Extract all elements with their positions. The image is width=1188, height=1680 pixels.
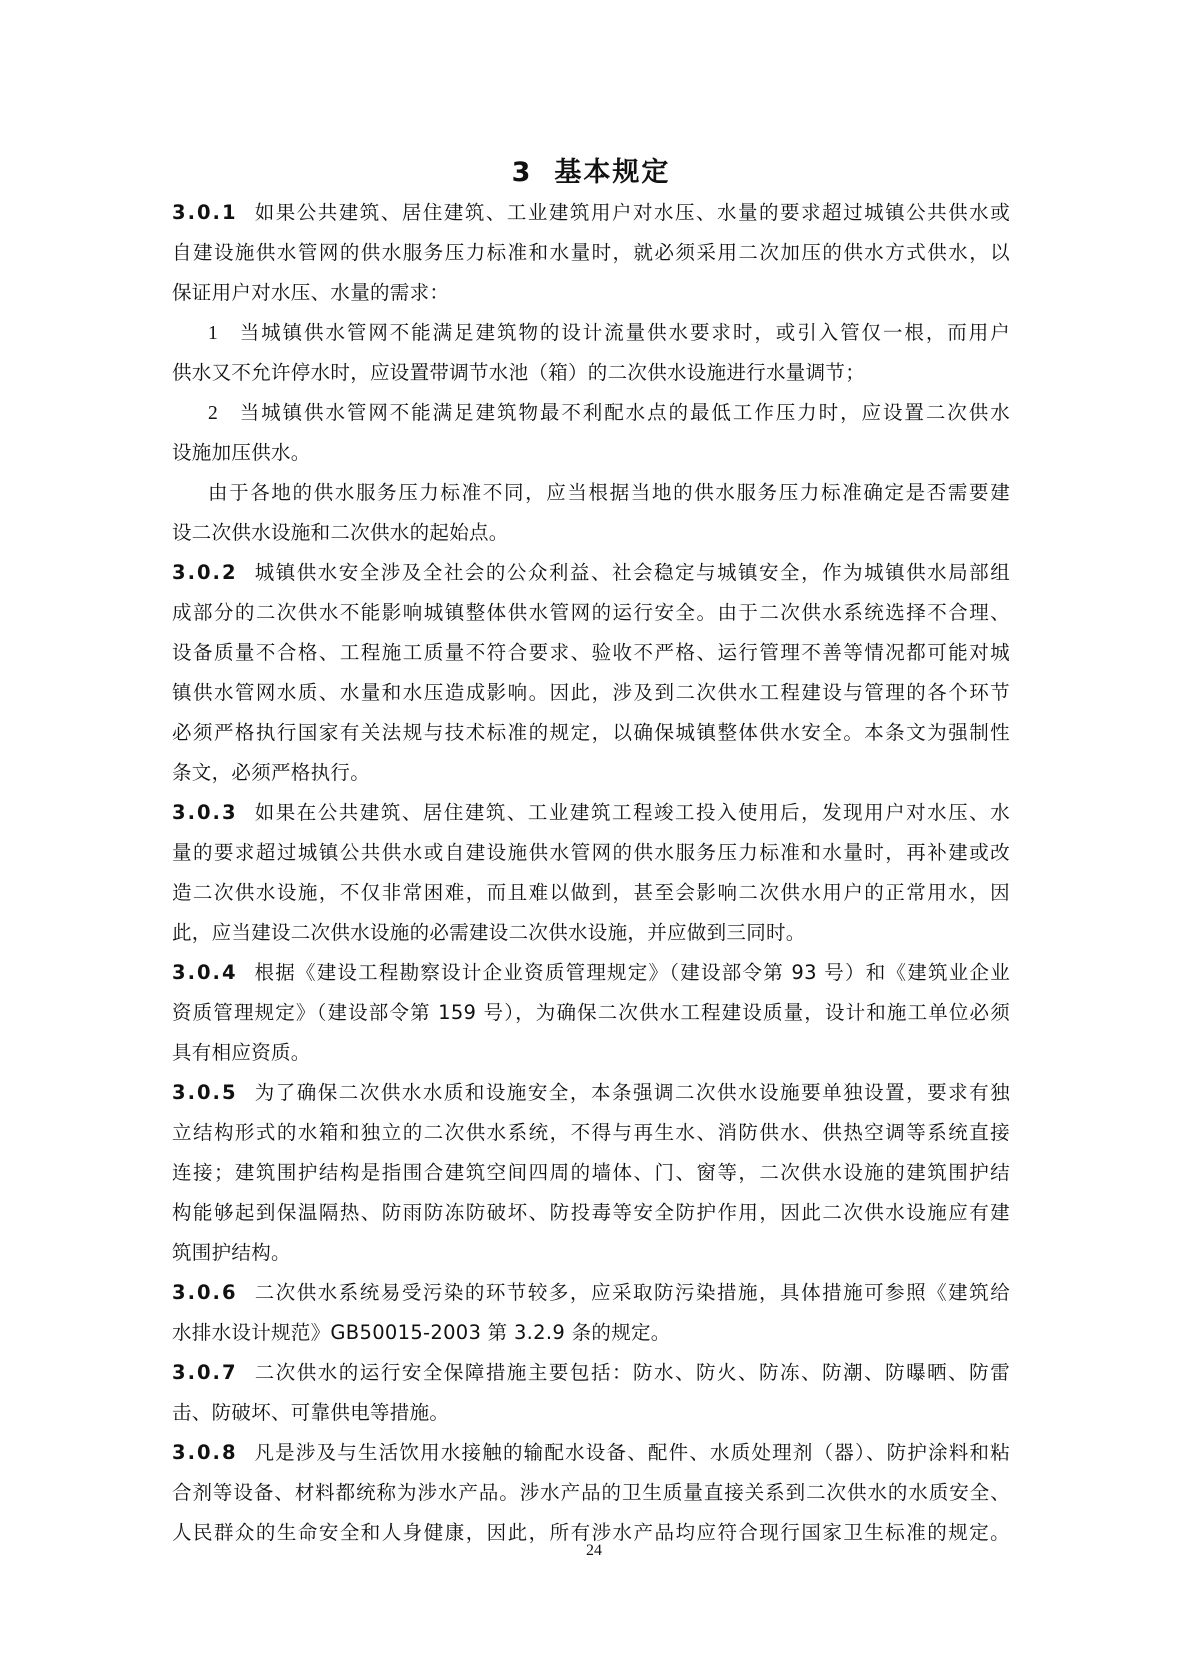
clause-number: 3.0.7 (172, 1361, 238, 1384)
line-text: 供水又不允许停水时，应设置带调节水池（箱）的二次供水设施进行水量调节； (172, 361, 865, 384)
text-line: 保证用户对水压、水量的需求： (172, 273, 1010, 313)
text-line: 自建设施供水管网的供水服务压力标准和水量时，就必须采用二次加压的供水方式供水，以 (172, 233, 1010, 273)
line-text: 如果公共建筑、居住建筑、工业建筑用户对水压、水量的要求超过城镇公共供水或 (254, 201, 1010, 224)
clause-number: 3.0.2 (172, 561, 238, 584)
line-text: 由于各地的供水服务压力标准不同，应当根据当地的供水服务压力标准确定是否需要建 (208, 481, 1010, 504)
text-line: 资质管理规定》（建设部令第 159 号），为确保二次供水工程建设质量，设计和施工… (172, 993, 1010, 1033)
clause-number: 3.0.5 (172, 1081, 238, 1104)
text-line: 筑围护结构。 (172, 1233, 1010, 1273)
chapter-number: 3 (512, 157, 533, 188)
line-text: 筑围护结构。 (172, 1241, 291, 1264)
text-line: 立结构形式的水箱和独立的二次供水系统，不得与再生水、消防供水、供热空调等系统直接 (172, 1113, 1010, 1153)
text-line: 具有相应资质。 (172, 1033, 1010, 1073)
page-number: 24 (0, 1542, 1188, 1560)
text-line: 条文，必须严格执行。 (172, 753, 1010, 793)
text-line: 供水又不允许停水时，应设置带调节水池（箱）的二次供水设施进行水量调节； (172, 353, 1010, 393)
list-item-line: 2当城镇供水管网不能满足建筑物最不利配水点的最低工作压力时，应设置二次供水 (172, 393, 1010, 433)
line-text: 根据《建设工程勘察设计企业资质管理规定》（建设部令第 93 号）和《建筑业企业 (254, 961, 1010, 984)
line-text: 条文，必须严格执行。 (172, 761, 370, 784)
clause-number: 3.0.3 (172, 801, 238, 824)
line-text: 构能够起到保温隔热、防雨防冻防破坏、防投毒等安全防护作用，因此二次供水设施应有建 (172, 1201, 1010, 1224)
text-line: 量的要求超过城镇公共供水或自建设施供水管网的供水服务压力标准和水量时，再补建或改 (172, 833, 1010, 873)
clause-line: 3.0.8凡是涉及与生活饮用水接触的输配水设备、配件、水质处理剂（器）、防护涂料… (172, 1433, 1010, 1473)
clause-line: 3.0.4根据《建设工程勘察设计企业资质管理规定》（建设部令第 93 号）和《建… (172, 953, 1010, 993)
clause-line: 3.0.6二次供水系统易受污染的环节较多，应采取防污染措施，具体措施可参照《建筑… (172, 1273, 1010, 1313)
line-text: 二次供水系统易受污染的环节较多，应采取防污染措施，具体措施可参照《建筑给 (254, 1281, 1010, 1304)
line-text: 设二次供水设施和二次供水的起始点。 (172, 521, 509, 544)
chapter-title-text: 基本规定 (554, 157, 670, 188)
chapter-title: 3基本规定 (172, 150, 1010, 189)
line-text: 量的要求超过城镇公共供水或自建设施供水管网的供水服务压力标准和水量时，再补建或改 (172, 841, 1010, 864)
line-text: 连接；建筑围护结构是指围合建筑空间四周的墙体、门、窗等，二次供水设施的建筑围护结 (172, 1161, 1010, 1184)
line-text: 此，应当建设二次供水设施的必需建设二次供水设施，并应做到三同时。 (172, 921, 806, 944)
list-item-number: 1 (208, 323, 218, 344)
line-text: 自建设施供水管网的供水服务压力标准和水量时，就必须采用二次加压的供水方式供水，以 (172, 241, 1010, 264)
text-line: 设备质量不合格、工程施工质量不符合要求、验收不严格、运行管理不善等情况都可能对城 (172, 633, 1010, 673)
text-line: 设施加压供水。 (172, 433, 1010, 473)
clause-line: 3.0.7二次供水的运行安全保障措施主要包括：防水、防火、防冻、防潮、防曝晒、防… (172, 1353, 1010, 1393)
line-text: 具有相应资质。 (172, 1041, 311, 1064)
text-line: 水排水设计规范》GB50015-2003 第 3.2.9 条的规定。 (172, 1313, 1010, 1353)
line-text: 如果在公共建筑、居住建筑、工业建筑工程竣工投入使用后，发现用户对水压、水 (254, 801, 1010, 824)
document-body: 3.0.1如果公共建筑、居住建筑、工业建筑用户对水压、水量的要求超过城镇公共供水… (172, 193, 1010, 1553)
text-line: 镇供水管网水质、水量和水压造成影响。因此，涉及到二次供水工程建设与管理的各个环节 (172, 673, 1010, 713)
text-line: 必须严格执行国家有关法规与技术标准的规定，以确保城镇整体供水安全。本条文为强制性 (172, 713, 1010, 753)
line-text: 设备质量不合格、工程施工质量不符合要求、验收不严格、运行管理不善等情况都可能对城 (172, 641, 1010, 664)
text-line: 由于各地的供水服务压力标准不同，应当根据当地的供水服务压力标准确定是否需要建 (172, 473, 1010, 513)
line-text: 资质管理规定》（建设部令第 159 号），为确保二次供水工程建设质量，设计和施工… (172, 1001, 1010, 1024)
line-text: 保证用户对水压、水量的需求： (172, 281, 449, 304)
clause-number: 3.0.6 (172, 1281, 238, 1304)
clause-line: 3.0.2城镇供水安全涉及全社会的公众利益、社会稳定与城镇安全，作为城镇供水局部… (172, 553, 1010, 593)
text-line: 击、防破坏、可靠供电等措施。 (172, 1393, 1010, 1433)
line-text: 人民群众的生命安全和人身健康，因此，所有涉水产品均应符合现行国家卫生标准的规定。 (172, 1521, 1010, 1544)
clause-number: 3.0.8 (172, 1441, 238, 1464)
list-item-number: 2 (208, 403, 218, 424)
line-text: 当城镇供水管网不能满足建筑物最不利配水点的最低工作压力时，应设置二次供水 (238, 401, 1010, 424)
clause-line: 3.0.1如果公共建筑、居住建筑、工业建筑用户对水压、水量的要求超过城镇公共供水… (172, 193, 1010, 233)
text-line: 设二次供水设施和二次供水的起始点。 (172, 513, 1010, 553)
text-line: 成部分的二次供水不能影响城镇整体供水管网的运行安全。由于二次供水系统选择不合理、 (172, 593, 1010, 633)
clause-number: 3.0.1 (172, 201, 238, 224)
line-text: 必须严格执行国家有关法规与技术标准的规定，以确保城镇整体供水安全。本条文为强制性 (172, 721, 1010, 744)
line-text: 当城镇供水管网不能满足建筑物的设计流量供水要求时，或引入管仅一根，而用户 (238, 321, 1010, 344)
line-text: 城镇供水安全涉及全社会的公众利益、社会稳定与城镇安全，作为城镇供水局部组 (254, 561, 1010, 584)
text-line: 合剂等设备、材料都统称为涉水产品。涉水产品的卫生质量直接关系到二次供水的水质安全… (172, 1473, 1010, 1513)
clause-number: 3.0.4 (172, 961, 238, 984)
text-line: 此，应当建设二次供水设施的必需建设二次供水设施，并应做到三同时。 (172, 913, 1010, 953)
line-text: 镇供水管网水质、水量和水压造成影响。因此，涉及到二次供水工程建设与管理的各个环节 (172, 681, 1010, 704)
line-text: 凡是涉及与生活饮用水接触的输配水设备、配件、水质处理剂（器）、防护涂料和粘 (254, 1441, 1010, 1464)
list-item-line: 1当城镇供水管网不能满足建筑物的设计流量供水要求时，或引入管仅一根，而用户 (172, 313, 1010, 353)
line-text: 击、防破坏、可靠供电等措施。 (172, 1401, 449, 1424)
text-line: 连接；建筑围护结构是指围合建筑空间四周的墙体、门、窗等，二次供水设施的建筑围护结 (172, 1153, 1010, 1193)
line-text: 立结构形式的水箱和独立的二次供水系统，不得与再生水、消防供水、供热空调等系统直接 (172, 1121, 1010, 1144)
line-text: 二次供水的运行安全保障措施主要包括：防水、防火、防冻、防潮、防曝晒、防雷 (254, 1361, 1010, 1384)
line-text: 水排水设计规范》GB50015-2003 第 3.2.9 条的规定。 (172, 1321, 671, 1344)
text-line: 构能够起到保温隔热、防雨防冻防破坏、防投毒等安全防护作用，因此二次供水设施应有建 (172, 1193, 1010, 1233)
line-text: 为了确保二次供水水质和设施安全，本条强调二次供水设施要单独设置，要求有独 (254, 1081, 1010, 1104)
clause-line: 3.0.5为了确保二次供水水质和设施安全，本条强调二次供水设施要单独设置，要求有… (172, 1073, 1010, 1113)
line-text: 设施加压供水。 (172, 441, 311, 464)
clause-line: 3.0.3如果在公共建筑、居住建筑、工业建筑工程竣工投入使用后，发现用户对水压、… (172, 793, 1010, 833)
text-line: 造二次供水设施，不仅非常困难，而且难以做到，甚至会影响二次供水用户的正常用水，因 (172, 873, 1010, 913)
line-text: 成部分的二次供水不能影响城镇整体供水管网的运行安全。由于二次供水系统选择不合理、 (172, 601, 1010, 624)
line-text: 造二次供水设施，不仅非常困难，而且难以做到，甚至会影响二次供水用户的正常用水，因 (172, 881, 1010, 904)
line-text: 合剂等设备、材料都统称为涉水产品。涉水产品的卫生质量直接关系到二次供水的水质安全… (172, 1481, 1010, 1504)
